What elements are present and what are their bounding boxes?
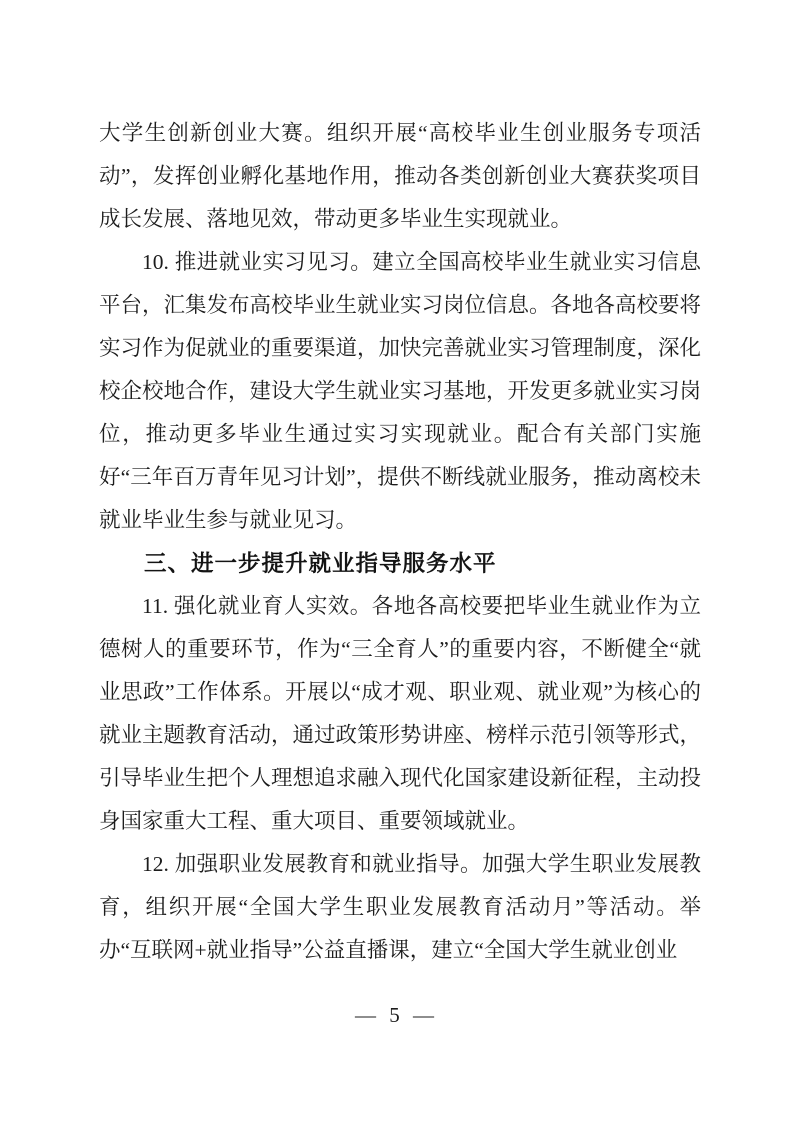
paragraph-continuation: 大学生创新创业大赛。组织开展“高校毕业生创业服务专项活动”，发挥创业孵化基地作用… [99,112,701,241]
paragraph-item-10: 10. 推进就业实习见习。建立全国高校毕业生就业实习信息平台，汇集发布高校毕业生… [99,241,701,542]
page-footer: — 5 — [0,1003,793,1037]
section-heading-3: 三、进一步提升就业指导服务水平 [99,542,701,585]
document-page: 大学生创新创业大赛。组织开展“高校毕业生创业服务专项活动”，发挥创业孵化基地作用… [0,0,793,1122]
paragraph-item-12: 12. 加强职业发展教育和就业指导。加强大学生职业发展教育，组织开展“全国大学生… [99,843,701,972]
document-body: 大学生创新创业大赛。组织开展“高校毕业生创业服务专项活动”，发挥创业孵化基地作用… [99,112,701,972]
paragraph-item-11: 11. 强化就业育人实效。各地各高校要把毕业生就业作为立德树人的重要环节，作为“… [99,585,701,843]
page-number: — 5 — [355,1003,438,1027]
